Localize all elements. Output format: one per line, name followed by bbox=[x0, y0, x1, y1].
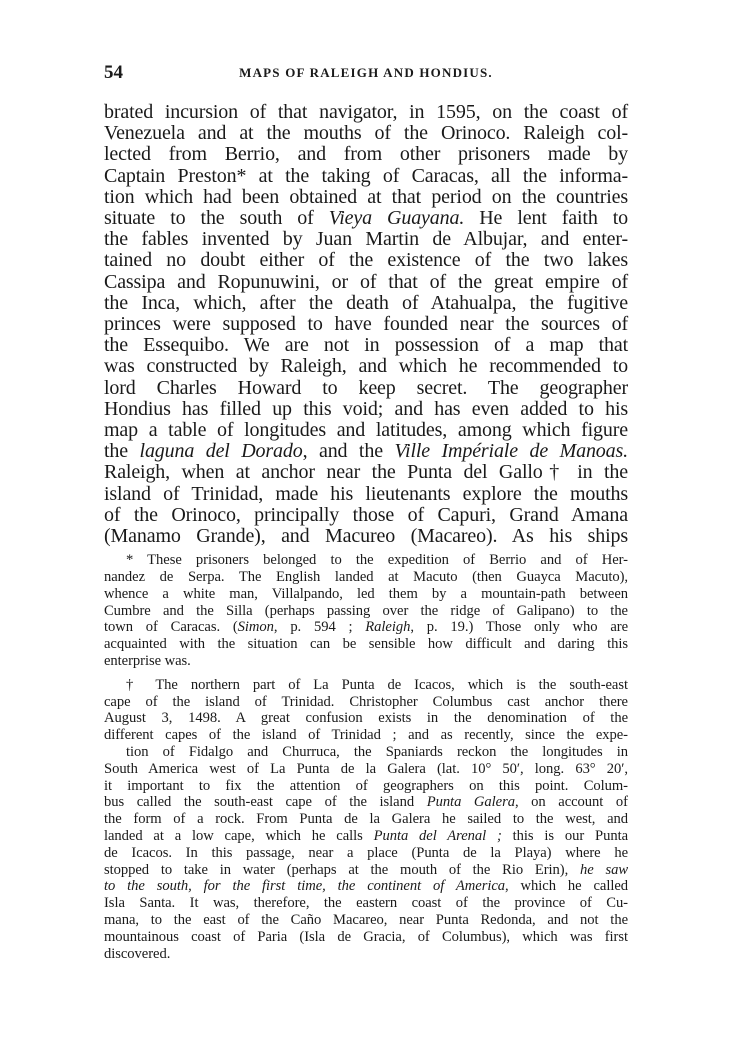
body-line: was constructed by Raleigh, and which he… bbox=[104, 356, 628, 377]
footnote-line: mountainous coast of Paria (Isla de Grac… bbox=[104, 929, 628, 946]
footnote-line: August 3, 1498. A great confusion exists… bbox=[104, 710, 628, 727]
footnote-line: whence a white man, Villalpando, led the… bbox=[104, 586, 628, 603]
footnote-line: bus called the south-east cape of the is… bbox=[104, 794, 628, 811]
footnote-1: * These prisoners belonged to the expedi… bbox=[104, 552, 628, 670]
footnote-line: stopped to take in water (perhaps at the… bbox=[104, 862, 628, 879]
body-line: princes were supposed to have founded ne… bbox=[104, 314, 628, 335]
footnote-line: acquainted with the situation can be sen… bbox=[104, 636, 628, 653]
body-line: Captain Preston* at the taking of Caraca… bbox=[104, 166, 628, 187]
body-line: tion which had been obtained at that per… bbox=[104, 187, 628, 208]
body-line: the Inca, which, after the death of Atah… bbox=[104, 293, 628, 314]
footnote-line: the form of a rock. From Punta de la Gal… bbox=[104, 811, 628, 828]
footnotes: * These prisoners belonged to the expedi… bbox=[104, 552, 628, 962]
footnote-line: discovered. bbox=[104, 946, 628, 963]
footnote-line: † The northern part of La Punta de Icaco… bbox=[104, 677, 628, 694]
footnote-2: † The northern part of La Punta de Icaco… bbox=[104, 677, 628, 963]
body-line: lord Charles Howard to keep secret. The … bbox=[104, 378, 628, 399]
body-line: Raleigh, when at anchor near the Punta d… bbox=[104, 462, 628, 483]
body-line: Cassipa and Ropunuwini, or of that of th… bbox=[104, 272, 628, 293]
body-line: the Essequibo. We are not in possession … bbox=[104, 335, 628, 356]
body-line: Hondius has filled up this void; and has… bbox=[104, 399, 628, 420]
body-line: lected from Berrio, and from other priso… bbox=[104, 144, 628, 165]
body-line: situate to the south of Vieya Guayana. H… bbox=[104, 208, 628, 229]
footnote-line: cape of the island of Trinidad. Christop… bbox=[104, 694, 628, 711]
footnote-line: to the south, for the first time, the co… bbox=[104, 878, 628, 895]
body-line: the laguna del Dorado, and the Ville Imp… bbox=[104, 441, 628, 462]
footnote-line: enterprise was. bbox=[104, 653, 628, 670]
footnote-line: Isla Santa. It was, therefore, the easte… bbox=[104, 895, 628, 912]
body-line: (Manamo Grande), and Macureo (Macareo). … bbox=[104, 526, 628, 547]
footnote-line: tion of Fidalgo and Churruca, the Spania… bbox=[104, 744, 628, 761]
footnote-line: town of Caracas. (Simon, p. 594 ; Raleig… bbox=[104, 619, 628, 636]
running-title: MAPS OF RALEIGH AND HONDIUS. bbox=[104, 65, 628, 81]
body-line: Venezuela and at the mouths of the Orino… bbox=[104, 123, 628, 144]
footnote-spacer bbox=[104, 670, 628, 677]
body-line: map a table of longitudes and latitudes,… bbox=[104, 420, 628, 441]
footnote-line: landed at a low cape, which he calls Pun… bbox=[104, 828, 628, 845]
body-line: of the Orinoco, principally those of Cap… bbox=[104, 505, 628, 526]
body-line: brated incursion of that navigator, in 1… bbox=[104, 102, 628, 123]
body-line: tained no doubt either of the existence … bbox=[104, 250, 628, 271]
main-body-text: brated incursion of that navigator, in 1… bbox=[104, 102, 628, 547]
book-page: 54 MAPS OF RALEIGH AND HONDIUS. brated i… bbox=[104, 62, 628, 962]
footnote-line: nandez de Serpa. The English landed at M… bbox=[104, 569, 628, 586]
body-line: the fables invented by Juan Martin de Al… bbox=[104, 229, 628, 250]
footnote-line: de Icacos. In this passage, near a place… bbox=[104, 845, 628, 862]
footnote-line: South America west of La Punta de la Gal… bbox=[104, 761, 628, 778]
footnote-line: * These prisoners belonged to the expedi… bbox=[104, 552, 628, 569]
running-header: 54 MAPS OF RALEIGH AND HONDIUS. bbox=[104, 62, 628, 88]
footnote-line: Cumbre and the Silla (perhaps passing ov… bbox=[104, 603, 628, 620]
body-line: island of Trinidad, made his lieutenants… bbox=[104, 484, 628, 505]
footnote-line: it important to fix the attention of geo… bbox=[104, 778, 628, 795]
footnote-line: different capes of the island of Trinida… bbox=[104, 727, 628, 744]
footnote-line: mana, to the east of the Caño Macareo, n… bbox=[104, 912, 628, 929]
